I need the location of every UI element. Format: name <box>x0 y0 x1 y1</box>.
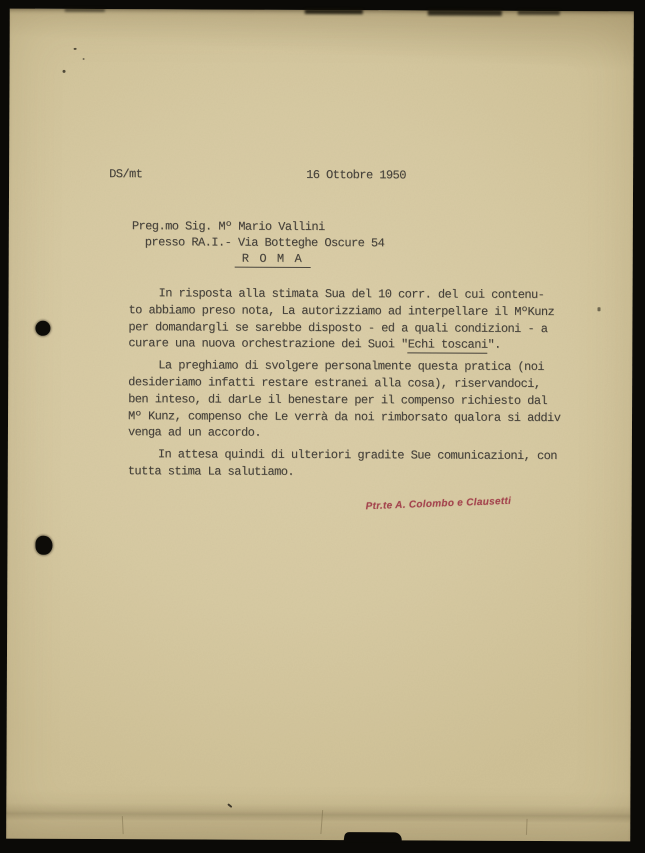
body-line: venga ad un accordo. <box>128 425 588 444</box>
top-edge-smudge <box>428 9 502 15</box>
bottom-crease <box>6 803 630 824</box>
body-line: In risposta alla stimata Sua del 10 corr… <box>129 285 589 304</box>
body-line: In attesa quindi di ulteriori gradite Su… <box>128 446 588 465</box>
quoted-work-title: Echi toscani <box>408 338 488 354</box>
ink-speck <box>83 58 85 60</box>
scan-background: DS/mt 16 Ottobre 1950 Preg.mo Sig. Mº Ma… <box>0 0 645 853</box>
recipient-city: R O M A <box>235 252 311 268</box>
letter-date: 16 Ottobre 1950 <box>306 168 406 182</box>
body-paragraph-2: La preghiamo di svolgere personalmente q… <box>128 357 588 443</box>
punch-hole-bottom <box>35 536 52 555</box>
recipient-address: presso RA.I.- Via Botteghe Oscure 54 <box>145 235 385 250</box>
top-edge-smudge <box>305 9 363 14</box>
body-line: per domandargli se sarebbe disposto - ed… <box>128 319 588 338</box>
reference-code: DS/mt <box>109 167 142 181</box>
letter-page: DS/mt 16 Ottobre 1950 Preg.mo Sig. Mº Ma… <box>6 9 634 842</box>
top-edge-smudge <box>65 8 105 12</box>
body-line: curare una nuova orchestrazione dei Suoi… <box>128 336 588 355</box>
body-line: desideriamo infatti restare estranei all… <box>128 374 588 393</box>
body-line: to abbiamo preso nota, La autorizziamo a… <box>128 302 588 321</box>
ink-speck <box>74 48 77 50</box>
recipient-name: Preg.mo Sig. Mº Mario Vallini <box>132 219 325 234</box>
body-line: ben inteso, di darLe il benestare per il… <box>128 391 588 410</box>
body-line: La preghiamo di svolgere personalmente q… <box>128 357 588 376</box>
body-line-segment: curare una nuova orchestrazione dei Suoi… <box>128 337 407 352</box>
punch-hole-top <box>35 321 50 336</box>
crease-hairline <box>526 819 528 835</box>
letter-body: In risposta alla stimata Sua del 10 corr… <box>128 285 589 487</box>
top-edge-smudge <box>518 10 560 15</box>
body-paragraph-3: In attesa quindi di ulteriori gradite Su… <box>128 446 588 482</box>
body-paragraph-1: In risposta alla stimata Sua del 10 corr… <box>128 285 588 354</box>
bottom-edge-tear <box>343 832 402 842</box>
body-line-segment: ". <box>488 338 501 352</box>
publisher-stamp: Ptr.te A. Colombo e Clausetti <box>366 496 512 512</box>
ink-speck <box>597 307 600 311</box>
body-line: tutta stima La salutiamo. <box>128 463 588 482</box>
body-line: Mº Kunz, compenso che Le verrà da noi ri… <box>128 408 588 427</box>
ink-speck <box>63 70 66 73</box>
